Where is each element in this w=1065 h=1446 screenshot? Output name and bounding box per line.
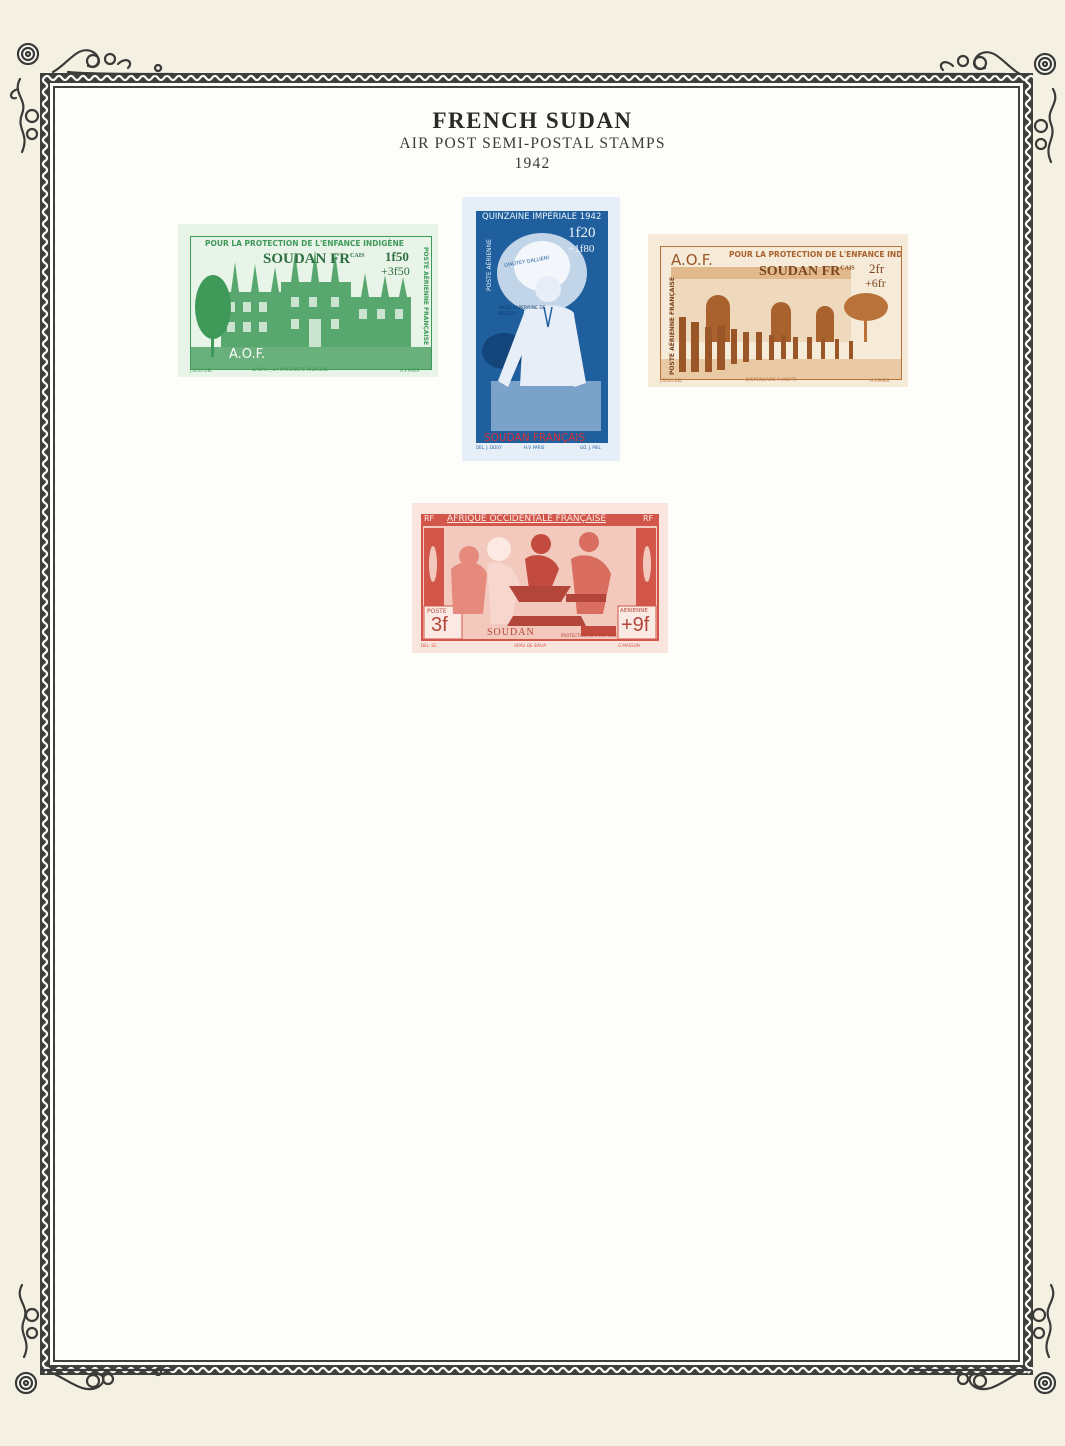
stamp-printer: H.V. PARIS [524,445,544,450]
page-header: FRENCH SUDAN AIR POST SEMI-POSTAL STAMPS… [0,108,1065,174]
stamp-surtax: +6fr [865,276,886,291]
stamp-printer: G.MASSON [618,643,640,648]
stamp-brown-dispensary[interactable]: A.O.F. POUR LA PROTECTION DE L'ENFANCE I… [648,234,908,387]
stamp-country: SOUDAN FRCAIS [263,251,364,268]
stamp-country-main: SOUDAN FR [759,264,840,279]
stamp-top-text: QUINZAINE IMPÉRIALE 1942 [482,212,601,222]
stamp-country-main: SOUDAN FR [263,251,350,267]
stamp-engraver: DEL. SC. [421,643,438,648]
stamp-printer: H.V.PARIS [870,378,889,383]
stamp-engraver-right: GO. J. PIEL [580,445,601,450]
stamp-printer: H.V.PARIS [400,368,419,373]
stamp-country-sup: CAIS [840,265,854,271]
stamp-blue-quinzaine[interactable]: • VOCATION • QUINZAINE IMPÉRIALE 1942 1f… [462,197,620,461]
stamp-caption: DAKAR _ LA MATERNITÉ INDIGÈNE [252,368,329,373]
stamp-country: SOUDAN [487,627,535,638]
page-title: FRENCH SUDAN [0,108,1065,134]
stamp-value: 1f50 [385,249,409,265]
stamp-engraver: J.DOUY.DEL [190,368,212,373]
page-subtitle: AIR POST SEMI-POSTAL STAMPS [0,134,1065,154]
stamp-surtax: +9f [621,614,649,637]
stamp-side-text: POSTE AÉRIENNE [486,239,493,291]
stamp-design: A.O.F. POUR LA PROTECTION DE L'ENFANCE I… [660,246,902,380]
stamp-surtax: +3f50 [381,264,410,279]
stamp-corner-text: A.O.F. [229,347,265,362]
stamp-top-left-mark: RF [424,514,434,523]
stamp-corner-text: A.O.F. [671,251,713,269]
stamp-design: • VOCATION • QUINZAINE IMPÉRIALE 1942 1f… [476,211,608,443]
stamp-names-text: ANGO LAPERRINE DE BRAZZA [498,306,548,318]
stamp-value: 2fr [869,261,884,277]
stamp-engraver: J.DOUY.DEL [660,378,682,383]
stamp-engraver: DEL. J. DOUY [476,445,502,450]
stamp-caption: PROTECTION DE L'ENFANCE [561,633,617,638]
stamp-surtax: +1f80 [568,243,594,255]
corner-ornament-bottom-left-icon [8,1275,188,1425]
stamp-value: 3f [431,614,448,637]
stamp-side-text: POSTE AÉRIENNE FRANÇAISE [422,247,429,345]
stamp-red-soudan[interactable]: RF AFRIQUE OCCIDENTALE FRANÇAISE RF POST… [412,503,668,653]
stamp-caption: DISPENSAIRE À MOPTI [746,378,796,383]
stamp-value: 1f20 [568,225,596,242]
stamp-top-right-mark: RF [643,514,653,523]
stamp-green-maternity[interactable]: POUR LA PROTECTION DE L'ENFANCE INDIGÈNE… [178,224,438,377]
stamp-side-text: POSTE AÉRIENNE FRANÇAISE [669,277,676,375]
stamp-engraver-center: GRAV. DE SIAUA [514,643,546,648]
corner-ornament-bottom-right-icon [905,1275,1065,1425]
stamp-top-text: POUR LA PROTECTION DE L'ENFANCE INDIGÈNE [729,250,902,259]
stamp-design: POUR LA PROTECTION DE L'ENFANCE INDIGÈNE… [190,236,432,370]
stamp-country: SOUDAN FRCAIS [759,264,855,280]
stamp-top-text: POUR LA PROTECTION DE L'ENFANCE INDIGÈNE [205,239,404,248]
stamp-country: SOUDAN FRANÇAIS [484,432,585,443]
stamp-top-text: AFRIQUE OCCIDENTALE FRANÇAISE [447,514,606,524]
stamp-country-sup: CAIS [350,253,364,259]
page-year: 1942 [0,154,1065,174]
stamp-design: RF AFRIQUE OCCIDENTALE FRANÇAISE RF POST… [421,514,659,641]
